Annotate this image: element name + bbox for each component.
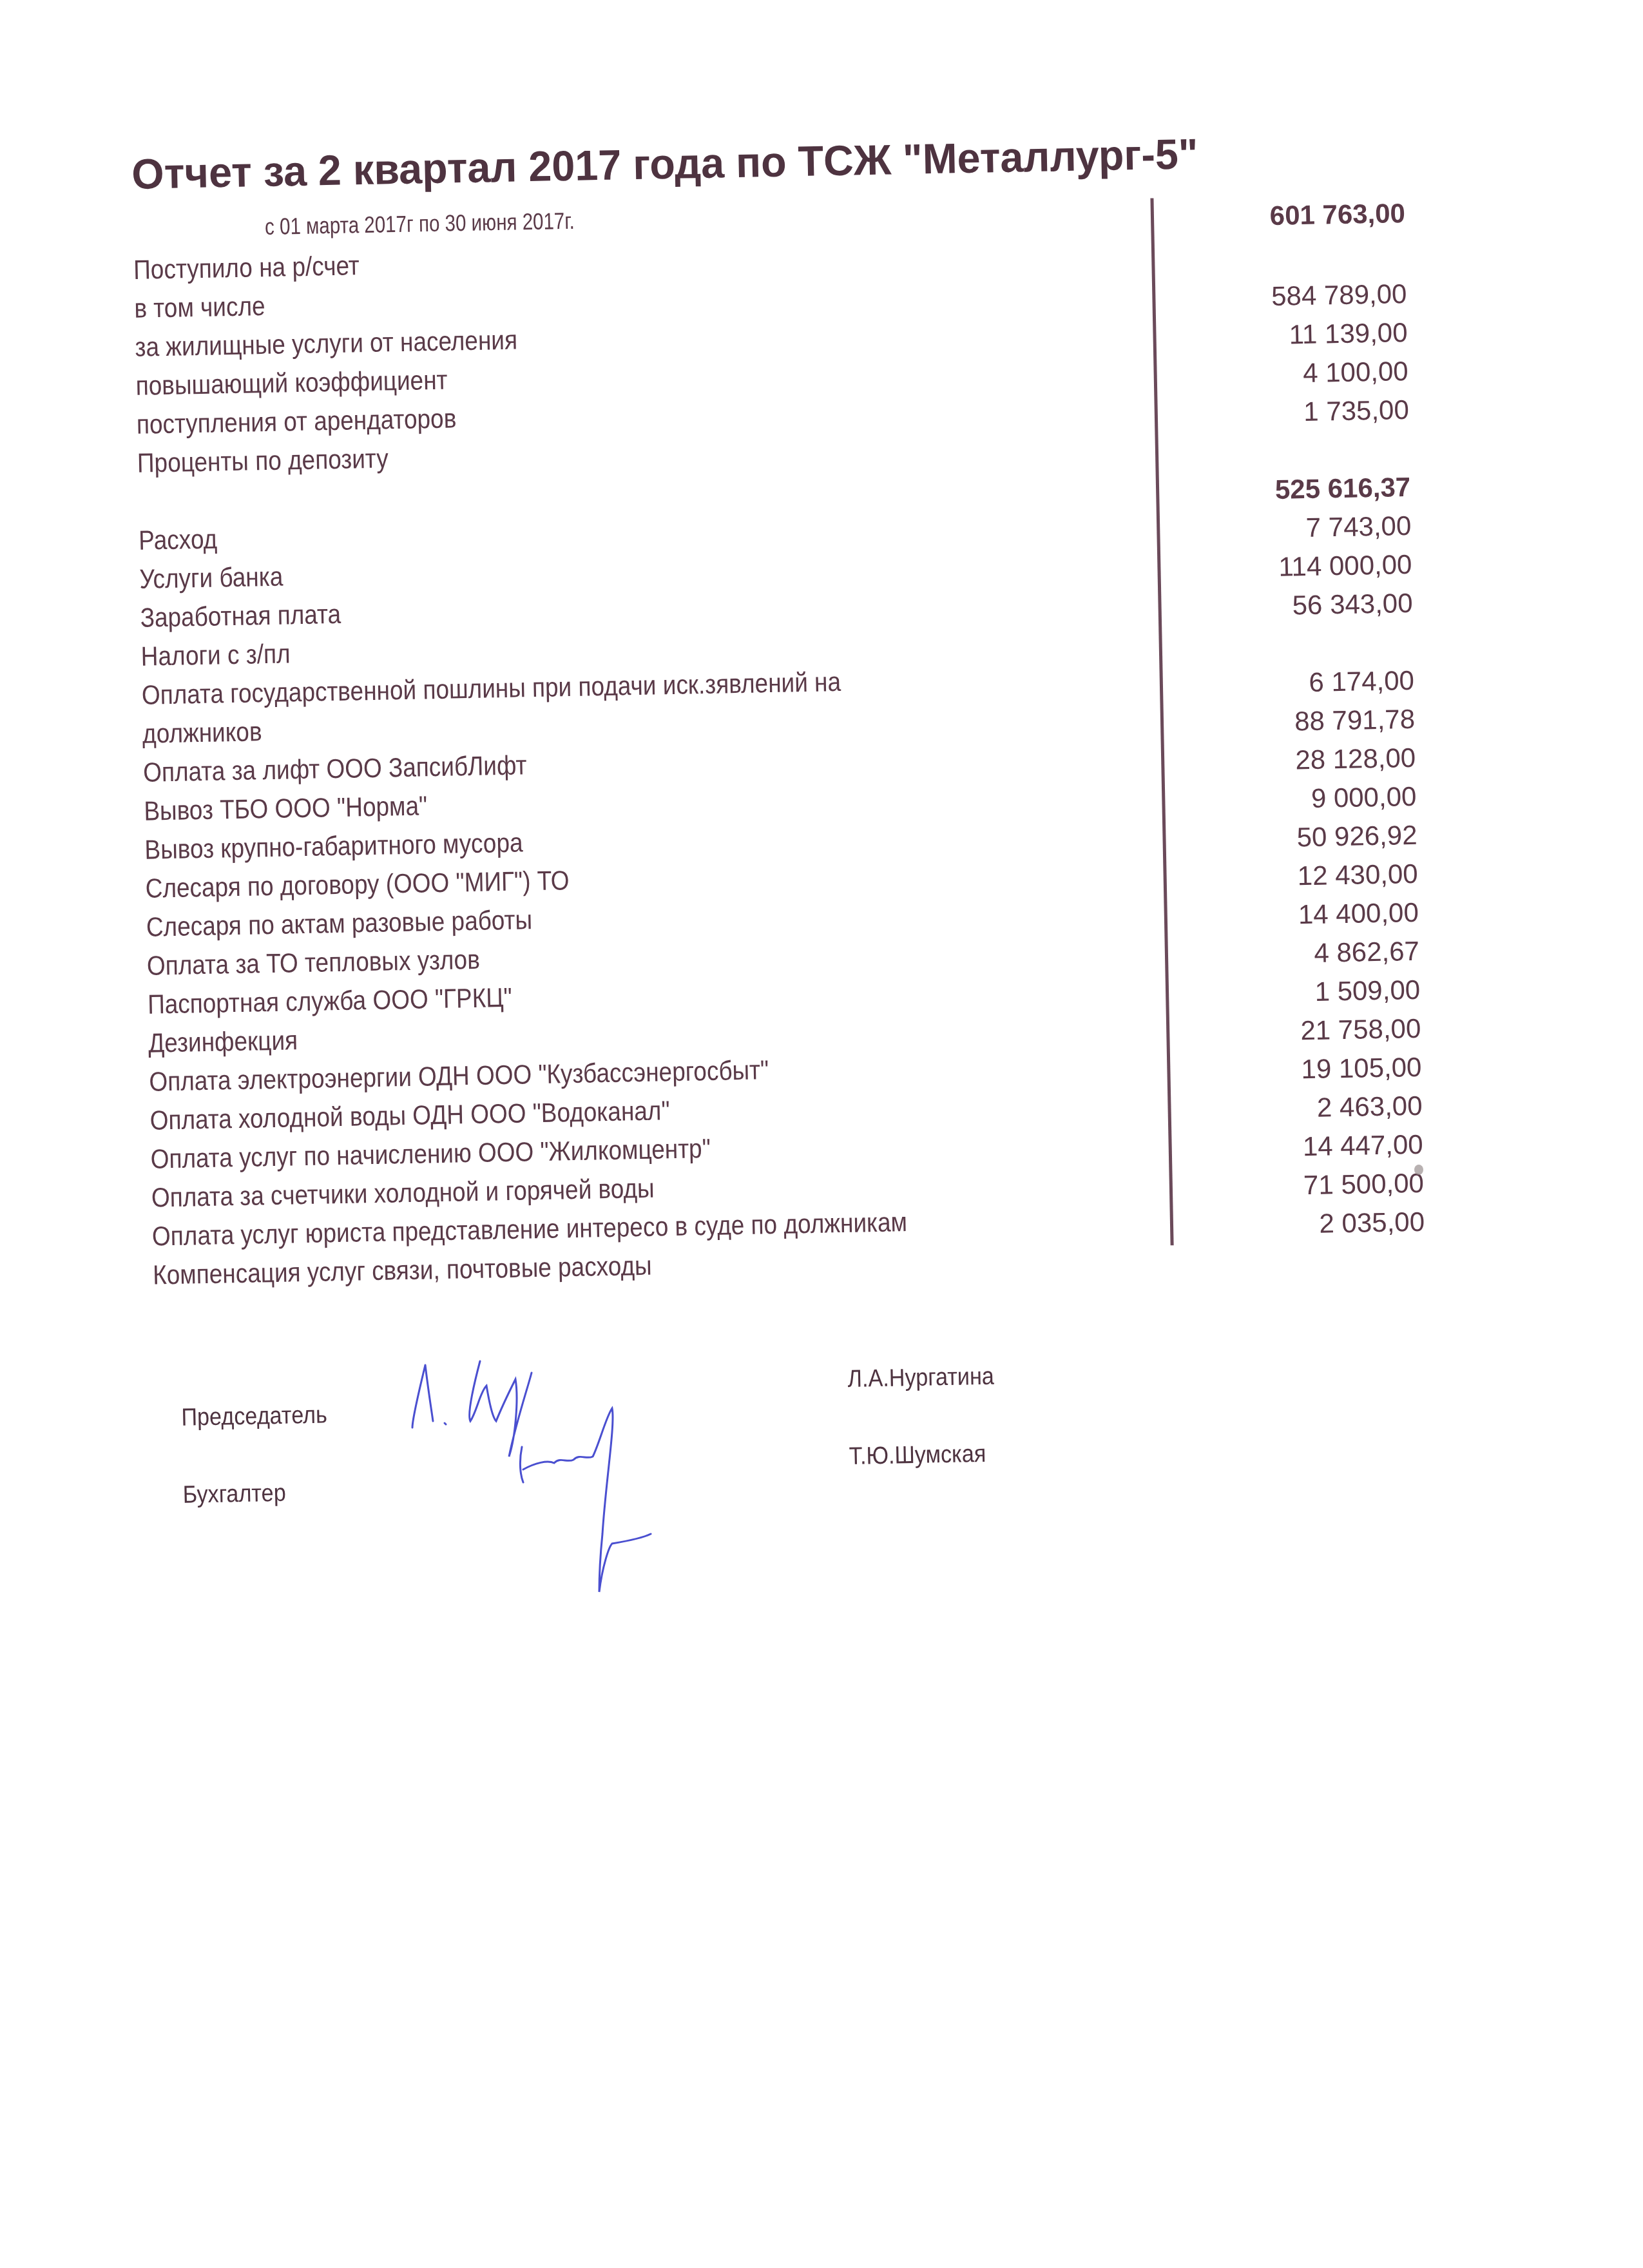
income-total: 601 763,00	[1269, 198, 1405, 231]
column-divider	[1150, 198, 1173, 1245]
expense-item-amount: 21 758,00	[1300, 1013, 1421, 1047]
expense-item-label: Оплата за ТО тепловых узлов	[147, 944, 481, 982]
income-item-amount: 1 735,00	[1303, 394, 1409, 427]
expense-item-amount: 7 743,00	[1305, 510, 1411, 543]
expense-item-amount: 6 174,00	[1309, 665, 1414, 698]
expense-item-amount: 50 926,92	[1296, 820, 1417, 853]
expense-item-amount: 4 862,67	[1314, 936, 1419, 969]
expense-item-label: Оплата за лифт ООО ЗапсибЛифт	[143, 750, 527, 788]
expense-item-amount: 9 000,00	[1311, 781, 1416, 814]
expense-item-amount: 12 430,00	[1297, 858, 1418, 892]
accountant-role: Бухгалтер	[182, 1480, 286, 1509]
expense-item-label: Оплата за счетчики холодной и горячей во…	[151, 1173, 655, 1214]
expense-item-amount: 28 128,00	[1295, 742, 1416, 776]
expense-item-label: Оплата электроэнергии ОДН ООО "Кузбассэн…	[149, 1054, 769, 1097]
expense-item-amount: 56 343,00	[1292, 588, 1413, 621]
income-item-amount: 584 789,00	[1271, 278, 1407, 312]
expense-item-amount: 88 791,78	[1294, 704, 1416, 737]
expense-item-label-continuation: должников	[142, 716, 262, 750]
expense-list: Услуги банка7 743,00Заработная плата114 …	[0, 0, 1639, 3]
income-item-label: поступления от арендаторов	[136, 403, 456, 440]
expense-item-amount: 14 447,00	[1302, 1129, 1423, 1163]
expense-item-label: Оплата услуг юриста представление интере…	[152, 1207, 908, 1252]
expense-item-label: Вывоз крупно-габаритного мусора	[144, 827, 523, 865]
chairman-role: Председатель	[181, 1401, 327, 1431]
report-title: Отчет за 2 квартал 2017 года по ТСЖ "Мет…	[131, 129, 1198, 199]
expense-header-label: Расход	[139, 523, 218, 556]
expense-item-label: Дезинфекция	[148, 1025, 298, 1058]
expense-item-label: Услуги банка	[139, 561, 283, 595]
expense-item-label: Слесаря по актам разовые работы	[146, 904, 532, 942]
expense-item-amount: 19 105,00	[1301, 1052, 1422, 1085]
income-item-label: Проценты по депозиту	[137, 443, 389, 478]
expense-item-label: Заработная плата	[140, 599, 341, 634]
income-item-amount: 4 100,00	[1303, 356, 1408, 389]
expense-item-amount: 14 400,00	[1298, 897, 1419, 931]
income-subheader-label: в том числе	[134, 291, 265, 324]
expense-item-amount: 2 463,00	[1317, 1090, 1423, 1123]
expense-item-label: Компенсация услуг связи, почтовые расход…	[153, 1250, 652, 1291]
report-period: с 01 марта 2017г по 30 июня 2017г.	[265, 208, 575, 240]
expense-item-label: Оплата государственной пошлины при подач…	[141, 666, 841, 711]
report-page: Отчет за 2 квартал 2017 года по ТСЖ "Мет…	[0, 0, 1643, 2268]
income-header-label: Поступило на р/счет	[133, 250, 360, 286]
expense-item-amount: 2 035,00	[1319, 1207, 1425, 1239]
expense-item-amount: 114 000,00	[1278, 549, 1412, 583]
expense-item-label: Вывоз ТБО ООО "Норма"	[144, 790, 428, 826]
expense-total: 525 616,37	[1274, 472, 1410, 505]
chairman-name: Л.А.Нургатина	[847, 1363, 994, 1393]
expense-item-label: Оплата холодной воды ОДН ООО "Водоканал"	[149, 1095, 670, 1136]
accountant-name: Т.Ю.Шумская	[849, 1440, 986, 1471]
expense-item-label: Паспортная служба ООО "ГРКЦ"	[148, 982, 512, 1020]
expense-item-amount: 71 500,00	[1303, 1168, 1425, 1201]
scan-speck	[1414, 1165, 1423, 1175]
expense-item-label: Налоги с з/пл	[140, 638, 291, 672]
income-item-amount: 11 139,00	[1289, 317, 1408, 351]
expense-item-label: Слесаря по договору (ООО "МИГ") ТО	[145, 865, 570, 904]
expense-item-label: Оплата услуг по начислению ООО "Жилкомце…	[150, 1133, 711, 1175]
expense-item-amount: 1 509,00	[1314, 974, 1420, 1007]
income-item-label: за жилищные услуги от населения	[135, 324, 517, 362]
income-item-label: повышающий коэффициент	[135, 365, 448, 402]
